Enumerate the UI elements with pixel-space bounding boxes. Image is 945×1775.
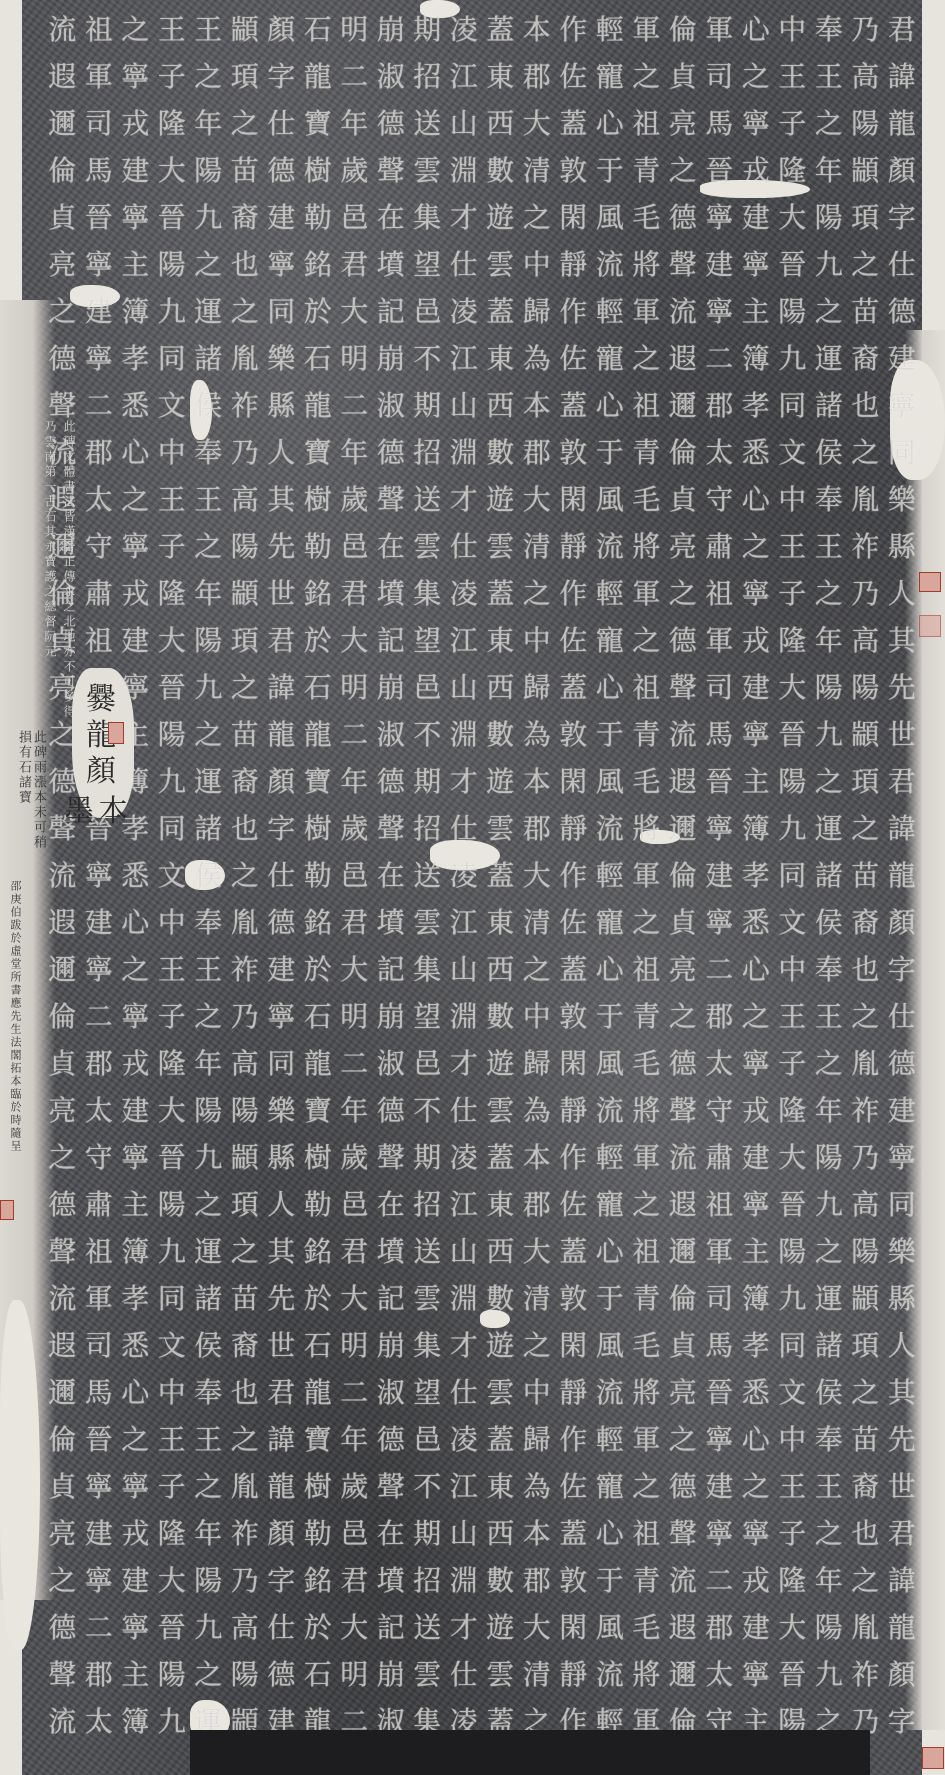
inscription-char: 聲 [377,1134,405,1181]
inscription-char: 寧 [705,899,733,946]
inscription-char: 王 [158,1416,186,1463]
inscription-char: 乃 [851,6,879,53]
inscription-char: 陽 [158,241,186,288]
inscription-char: 敦 [559,993,587,1040]
inscription-char: 祖 [705,570,733,617]
inscription-char: 于 [596,147,624,194]
inscription-char: 子 [158,1463,186,1510]
inscription-char: 陽 [231,1087,259,1134]
inscription-char: 清 [523,147,551,194]
inscription-char: 送 [413,1228,441,1275]
inscription-char: 亮 [669,523,697,570]
inscription-char: 簿 [121,288,149,335]
inscription-char: 之 [742,993,770,1040]
inscription-char: 遐 [48,1322,76,1369]
inscription-char: 年 [815,1087,843,1134]
inscription-char: 風 [596,194,624,241]
inscription-char: 清 [523,1275,551,1322]
inscription-char: 頊 [231,1181,259,1228]
inscription-char: 佐 [559,1463,587,1510]
inscription-char: 奉 [815,476,843,523]
inscription-char: 招 [413,429,441,476]
inscription-char: 晉 [705,758,733,805]
inscription-char: 崩 [377,1322,405,1369]
inscription-char: 高 [231,476,259,523]
inscription-char: 將 [632,805,660,852]
inscription-char: 顓 [231,6,259,53]
inscription-char: 字 [267,805,295,852]
inscription-char: 寧 [742,711,770,758]
inscription-char: 諸 [815,382,843,429]
inscription-char: 寧 [742,1181,770,1228]
inscription-char: 數 [486,1557,514,1604]
inscription-char: 寧 [742,241,770,288]
inscription-char: 勒 [304,523,332,570]
inscription-char: 銘 [304,1228,332,1275]
inscription-char: 東 [486,53,514,100]
inscription-char: 君 [888,6,916,53]
inscription-char: 西 [486,664,514,711]
inscription-char: 晉 [158,1134,186,1181]
inscription-char: 風 [596,758,624,805]
inscription-char: 佐 [559,335,587,382]
inscription-char: 于 [596,711,624,758]
inscription-char: 君 [340,1228,368,1275]
inscription-char: 不 [413,1463,441,1510]
inscription-char: 東 [486,617,514,664]
inscription-column: 祖軍司馬晉寧建寧二郡太守肅祖軍司馬晉寧建寧二郡太守肅祖軍司馬晉寧建寧二郡太 [81,0,118,1775]
inscription-char: 建 [705,1463,733,1510]
inscription-char: 貞 [669,899,697,946]
inscription-char: 建 [121,147,149,194]
inscription-char: 心 [596,100,624,147]
inscription-char: 亮 [669,100,697,147]
inscription-char: 苗 [851,288,879,335]
inscription-char: 山 [450,382,478,429]
inscription-char: 同 [888,429,916,476]
inscription-char: 聲 [377,805,405,852]
inscription-char: 不 [413,711,441,758]
inscription-char: 其 [888,1369,916,1416]
inscription-char: 肅 [85,570,113,617]
inscription-char: 樂 [267,1087,295,1134]
inscription-char: 之 [632,617,660,664]
inscription-char: 世 [267,1322,295,1369]
inscription-char: 寧 [705,805,733,852]
inscription-char: 之 [851,1369,879,1416]
inscription-char: 期 [413,6,441,53]
inscription-char: 之 [194,53,222,100]
inscription-column: 明二年歲邑君大明二年歲邑君大明二年歲邑君大明二年歲邑君大明二年歲邑君大明二 [336,0,373,1775]
inscription-char: 石 [304,335,332,382]
inscription-char: 大 [523,1604,551,1651]
inscription-char: 龍 [304,711,332,758]
inscription-char: 王 [815,1463,843,1510]
inscription-char: 晉 [158,194,186,241]
inscription-char: 風 [596,1322,624,1369]
inscription-column: 石龍寶樹勒銘於石龍寶樹勒銘於石龍寶樹勒銘於石龍寶樹勒銘於石龍寶樹勒銘於石龍 [300,0,337,1775]
inscription-char: 亮 [48,1510,76,1557]
inscription-char: 之 [632,899,660,946]
inscription-char: 晉 [705,1369,733,1416]
inscription-char: 流 [596,1651,624,1698]
inscription-char: 其 [267,476,295,523]
inscription-char: 墳 [377,241,405,288]
inscription-char: 之 [815,1510,843,1557]
inscription-column: 奉王之年陽九之運諸侯奉王之年陽九之運諸侯奉王之年陽九之運諸侯奉王之年陽九之 [811,0,848,1775]
inscription-char: 西 [486,100,514,147]
inscription-char: 期 [413,1510,441,1557]
inscription-char: 王 [815,993,843,1040]
inscription-char: 淵 [450,1557,478,1604]
inscription-char: 守 [705,1087,733,1134]
inscription-char: 頊 [231,617,259,664]
inscription-char: 心 [596,382,624,429]
inscription-char: 諸 [815,1322,843,1369]
inscription-char: 遐 [669,335,697,382]
inscription-char: 二 [340,53,368,100]
inscription-char: 貞 [669,476,697,523]
inscription-char: 雲 [413,523,441,570]
inscription-char: 二 [85,382,113,429]
inscription-char: 輕 [596,852,624,899]
inscription-char: 明 [340,6,368,53]
inscription-char: 高 [231,1604,259,1651]
inscription-char: 簿 [742,1275,770,1322]
inscription-char: 蓋 [486,6,514,53]
inscription-char: 送 [413,852,441,899]
inscription-column: 凌江山淵才仕凌江山淵才仕凌江山淵才仕凌江山淵才仕凌江山淵才仕凌江山淵才仕凌 [446,0,483,1775]
seal-stamp [922,1747,944,1769]
inscription-char: 淵 [450,1275,478,1322]
inscription-char: 雲 [486,805,514,852]
inscription-char: 諸 [194,805,222,852]
inscription-char: 祖 [632,382,660,429]
inscription-char: 祖 [85,617,113,664]
inscription-char: 寧 [888,382,916,429]
inscription-char: 縣 [267,382,295,429]
inscription-char: 苗 [231,1275,259,1322]
inscription-char: 淑 [377,382,405,429]
inscription-char: 心 [121,899,149,946]
inscription-char: 招 [413,805,441,852]
inscription-char: 寵 [596,53,624,100]
inscription-char: 龍 [304,1369,332,1416]
inscription-char: 仕 [267,1604,295,1651]
inscription-char: 胤 [231,899,259,946]
inscription-char: 中 [158,429,186,476]
inscription-char: 裔 [851,899,879,946]
inscription-char: 風 [596,1604,624,1651]
inscription-char: 二 [340,1040,368,1087]
inscription-char: 頊 [851,1322,879,1369]
inscription-column: 乃高陽顓頊之苗裔也之胤祚乃高陽顓頊之苗裔也之胤祚乃高陽顓頊之苗裔也之胤祚乃 [847,0,884,1775]
inscription-char: 集 [413,570,441,617]
inscription-char: 敦 [559,711,587,758]
inscription-char: 毛 [632,194,660,241]
inscription-char: 年 [340,429,368,476]
inscription-char: 德 [48,1181,76,1228]
inscription-char: 人 [267,1181,295,1228]
inscription-char: 建 [705,852,733,899]
inscription-char: 流 [48,6,76,53]
title-char: 顏 [86,746,116,790]
inscription-char: 寵 [596,617,624,664]
inscription-char: 寧 [705,288,733,335]
inscription-char: 陽 [778,1228,806,1275]
inscription-char: 苗 [851,1416,879,1463]
inscription-char: 郡 [705,382,733,429]
inscription-char: 流 [596,1369,624,1416]
inscription-column: 顓頊之苗裔也之胤祚乃高陽顓頊之苗裔也之胤祚乃高陽顓頊之苗裔也之胤祚乃高陽顓 [227,0,264,1775]
inscription-char: 司 [705,1275,733,1322]
inscription-char: 清 [523,523,551,570]
inscription-char: 墳 [377,1228,405,1275]
inscription-column: 王之年陽九之運諸侯奉王之年陽九之運諸侯奉王之年陽九之運諸侯奉王之年陽九之運 [190,0,227,1775]
inscription-char: 德 [377,100,405,147]
inscription-char: 樹 [304,476,332,523]
inscription-char: 為 [523,1087,551,1134]
inscription-char: 諸 [194,1275,222,1322]
inscription-char: 記 [377,617,405,664]
inscription-char: 心 [596,1228,624,1275]
inscription-char: 奉 [815,946,843,993]
inscription-char: 為 [523,711,551,758]
inscription-char: 寧 [121,1463,149,1510]
inscription-char: 九 [778,805,806,852]
inscription-char: 勒 [304,1181,332,1228]
inscription-char: 寧 [742,1651,770,1698]
inscription-char: 德 [48,335,76,382]
inscription-column: 期招送雲集望邑不期招送雲集望邑不期招送雲集望邑不期招送雲集望邑不期招送雲集 [409,0,446,1775]
inscription-char: 倫 [48,1416,76,1463]
inscription-char: 歲 [340,1134,368,1181]
inscription-char: 之 [231,288,259,335]
inscription-char: 運 [194,758,222,805]
inscription-char: 郡 [85,429,113,476]
inscription-char: 軍 [632,852,660,899]
inscription-char: 之 [194,1463,222,1510]
inscription-char: 悉 [742,1369,770,1416]
inscription-char: 九 [158,288,186,335]
inscription-char: 蓋 [559,1228,587,1275]
inscription-char: 二 [705,1557,733,1604]
stele-rubbing-image: 君諱龍顏字仕德建寧同樂縣人其先世君諱龍顏字仕德建寧同樂縣人其先世君諱龍顏字乃高陽… [0,0,945,1775]
inscription-char: 銘 [304,570,332,617]
inscription-char: 之 [815,570,843,617]
inscription-char: 之 [523,570,551,617]
inscription-char: 清 [523,1651,551,1698]
inscription-char: 仕 [450,1087,478,1134]
inscription-char: 德 [669,1040,697,1087]
inscription-char: 陽 [815,664,843,711]
inscription-char: 也 [231,1369,259,1416]
inscription-char: 文 [778,899,806,946]
inscription-char: 乃 [851,1134,879,1181]
inscription-char: 晉 [705,147,733,194]
inscription-char: 敦 [559,429,587,476]
inscription-char: 流 [669,1134,697,1181]
inscription-char: 遊 [486,758,514,805]
inscription-char: 司 [85,1322,113,1369]
inscription-char: 蓋 [559,946,587,993]
inscription-char: 淑 [377,1040,405,1087]
inscription-char: 寧 [121,1604,149,1651]
inscription-char: 之 [632,1463,660,1510]
title-label: 爨 龍 顏 墨 本 [72,668,134,818]
inscription-char: 建 [121,1087,149,1134]
inscription-char: 流 [669,288,697,335]
inscription-char: 同 [158,1275,186,1322]
inscription-char: 記 [377,1275,405,1322]
inscription-char: 閑 [559,1604,587,1651]
inscription-char: 之 [194,1181,222,1228]
inscription-char: 王 [194,476,222,523]
inscription-char: 閑 [559,1322,587,1369]
inscription-char: 先 [888,1416,916,1463]
inscription-char: 邑 [340,194,368,241]
inscription-char: 中 [523,617,551,664]
inscription-char: 邑 [413,664,441,711]
inscription-char: 侯 [815,899,843,946]
inscription-char: 乃 [231,1557,259,1604]
inscription-char: 之 [48,1134,76,1181]
inscription-char: 樂 [888,1228,916,1275]
inscription-char: 青 [632,711,660,758]
inscription-char: 子 [158,993,186,1040]
inscription-char: 雲 [486,1651,514,1698]
inscription-char: 邇 [669,1651,697,1698]
inscription-char: 運 [815,1275,843,1322]
inscription-char: 樹 [304,147,332,194]
inscription-char: 肅 [705,523,733,570]
inscription-char: 江 [450,53,478,100]
inscription-char: 之 [194,241,222,288]
inscription-char: 陽 [815,194,843,241]
inscription-char: 心 [742,946,770,993]
inscription-char: 仕 [450,1651,478,1698]
inscription-char: 寧 [705,194,733,241]
inscription-char: 九 [815,1651,843,1698]
inscription-char: 王 [778,993,806,1040]
inscription-char: 期 [413,382,441,429]
inscription-columns: 君諱龍顏字仕德建寧同樂縣人其先世君諱龍顏字仕德建寧同樂縣人其先世君諱龍顏字乃高陽… [30,0,920,1775]
inscription-char: 心 [742,476,770,523]
inscription-char: 邑 [413,1416,441,1463]
inscription-char: 淵 [450,147,478,194]
inscription-char: 龍 [888,1604,916,1651]
inscription-char: 青 [632,429,660,476]
inscription-char: 貞 [48,1040,76,1087]
inscription-char: 太 [705,1040,733,1087]
inscription-char: 字 [267,1557,295,1604]
inscription-char: 祚 [851,1651,879,1698]
inscription-char: 中 [158,899,186,946]
inscription-char: 邑 [340,1510,368,1557]
inscription-char: 陽 [851,664,879,711]
inscription-char: 流 [48,1698,76,1745]
inscription-char: 龍 [304,1040,332,1087]
inscription-char: 靜 [559,1087,587,1134]
inscription-char: 亮 [48,241,76,288]
inscription-char: 靜 [559,805,587,852]
inscription-char: 諱 [888,805,916,852]
inscription-char: 軍 [705,1228,733,1275]
inscription-char: 大 [778,664,806,711]
inscription-char: 簿 [742,805,770,852]
inscription-char: 肅 [85,1181,113,1228]
inscription-char: 九 [158,758,186,805]
inscription-char: 孝 [121,1275,149,1322]
inscription-char: 主 [121,1181,149,1228]
inscription-char: 德 [377,1087,405,1134]
inscription-char: 九 [778,1275,806,1322]
inscription-char: 馬 [85,147,113,194]
inscription-char: 祚 [231,1510,259,1557]
inscription-char: 侯 [815,1369,843,1416]
inscription-char: 九 [815,241,843,288]
inscription-char: 侯 [194,382,222,429]
inscription-char: 蓋 [486,288,514,335]
inscription-char: 軍 [632,6,660,53]
inscription-char: 歸 [523,1416,551,1463]
inscription-char: 數 [486,429,514,476]
inscription-char: 將 [632,523,660,570]
inscription-char: 流 [48,1275,76,1322]
inscription-char: 之 [632,53,660,100]
inscription-char: 蓋 [559,664,587,711]
inscription-char: 也 [851,382,879,429]
inscription-char: 靜 [559,523,587,570]
inscription-char: 戎 [742,147,770,194]
inscription-char: 戎 [121,100,149,147]
inscription-char: 輕 [596,1416,624,1463]
inscription-char: 邇 [48,1369,76,1416]
inscription-char: 才 [450,194,478,241]
inscription-char: 石 [304,6,332,53]
inscription-char: 數 [486,147,514,194]
inscription-char: 將 [632,1087,660,1134]
inscription-char: 奉 [815,1416,843,1463]
inscription-char: 文 [158,1322,186,1369]
inscription-char: 建 [888,335,916,382]
inscription-char: 淵 [450,429,478,476]
inscription-char: 德 [888,288,916,335]
inscription-char: 晉 [778,241,806,288]
inscription-char: 頊 [851,194,879,241]
inscription-column: 王子隆大晉陽九同文中王子隆大晉陽九同文中王子隆大晉陽九同文中王子隆大晉陽九 [154,0,191,1775]
inscription-char: 縣 [267,1134,295,1181]
inscription-char: 寶 [304,758,332,805]
inscription-char: 高 [231,1040,259,1087]
inscription-char: 聲 [669,664,697,711]
inscription-char: 世 [267,570,295,617]
inscription-char: 郡 [523,805,551,852]
inscription-char: 寶 [304,1416,332,1463]
inscription-char: 青 [632,1275,660,1322]
inscription-char: 德 [267,147,295,194]
inscription-char: 聲 [669,1087,697,1134]
inscription-char: 之 [121,946,149,993]
inscription-char: 聲 [377,476,405,523]
inscription-char: 之 [231,852,259,899]
inscription-char: 太 [705,1651,733,1698]
inscription-char: 寧 [121,53,149,100]
inscription-char: 作 [559,6,587,53]
inscription-char: 青 [632,147,660,194]
inscription-char: 大 [523,100,551,147]
inscription-char: 人 [888,570,916,617]
